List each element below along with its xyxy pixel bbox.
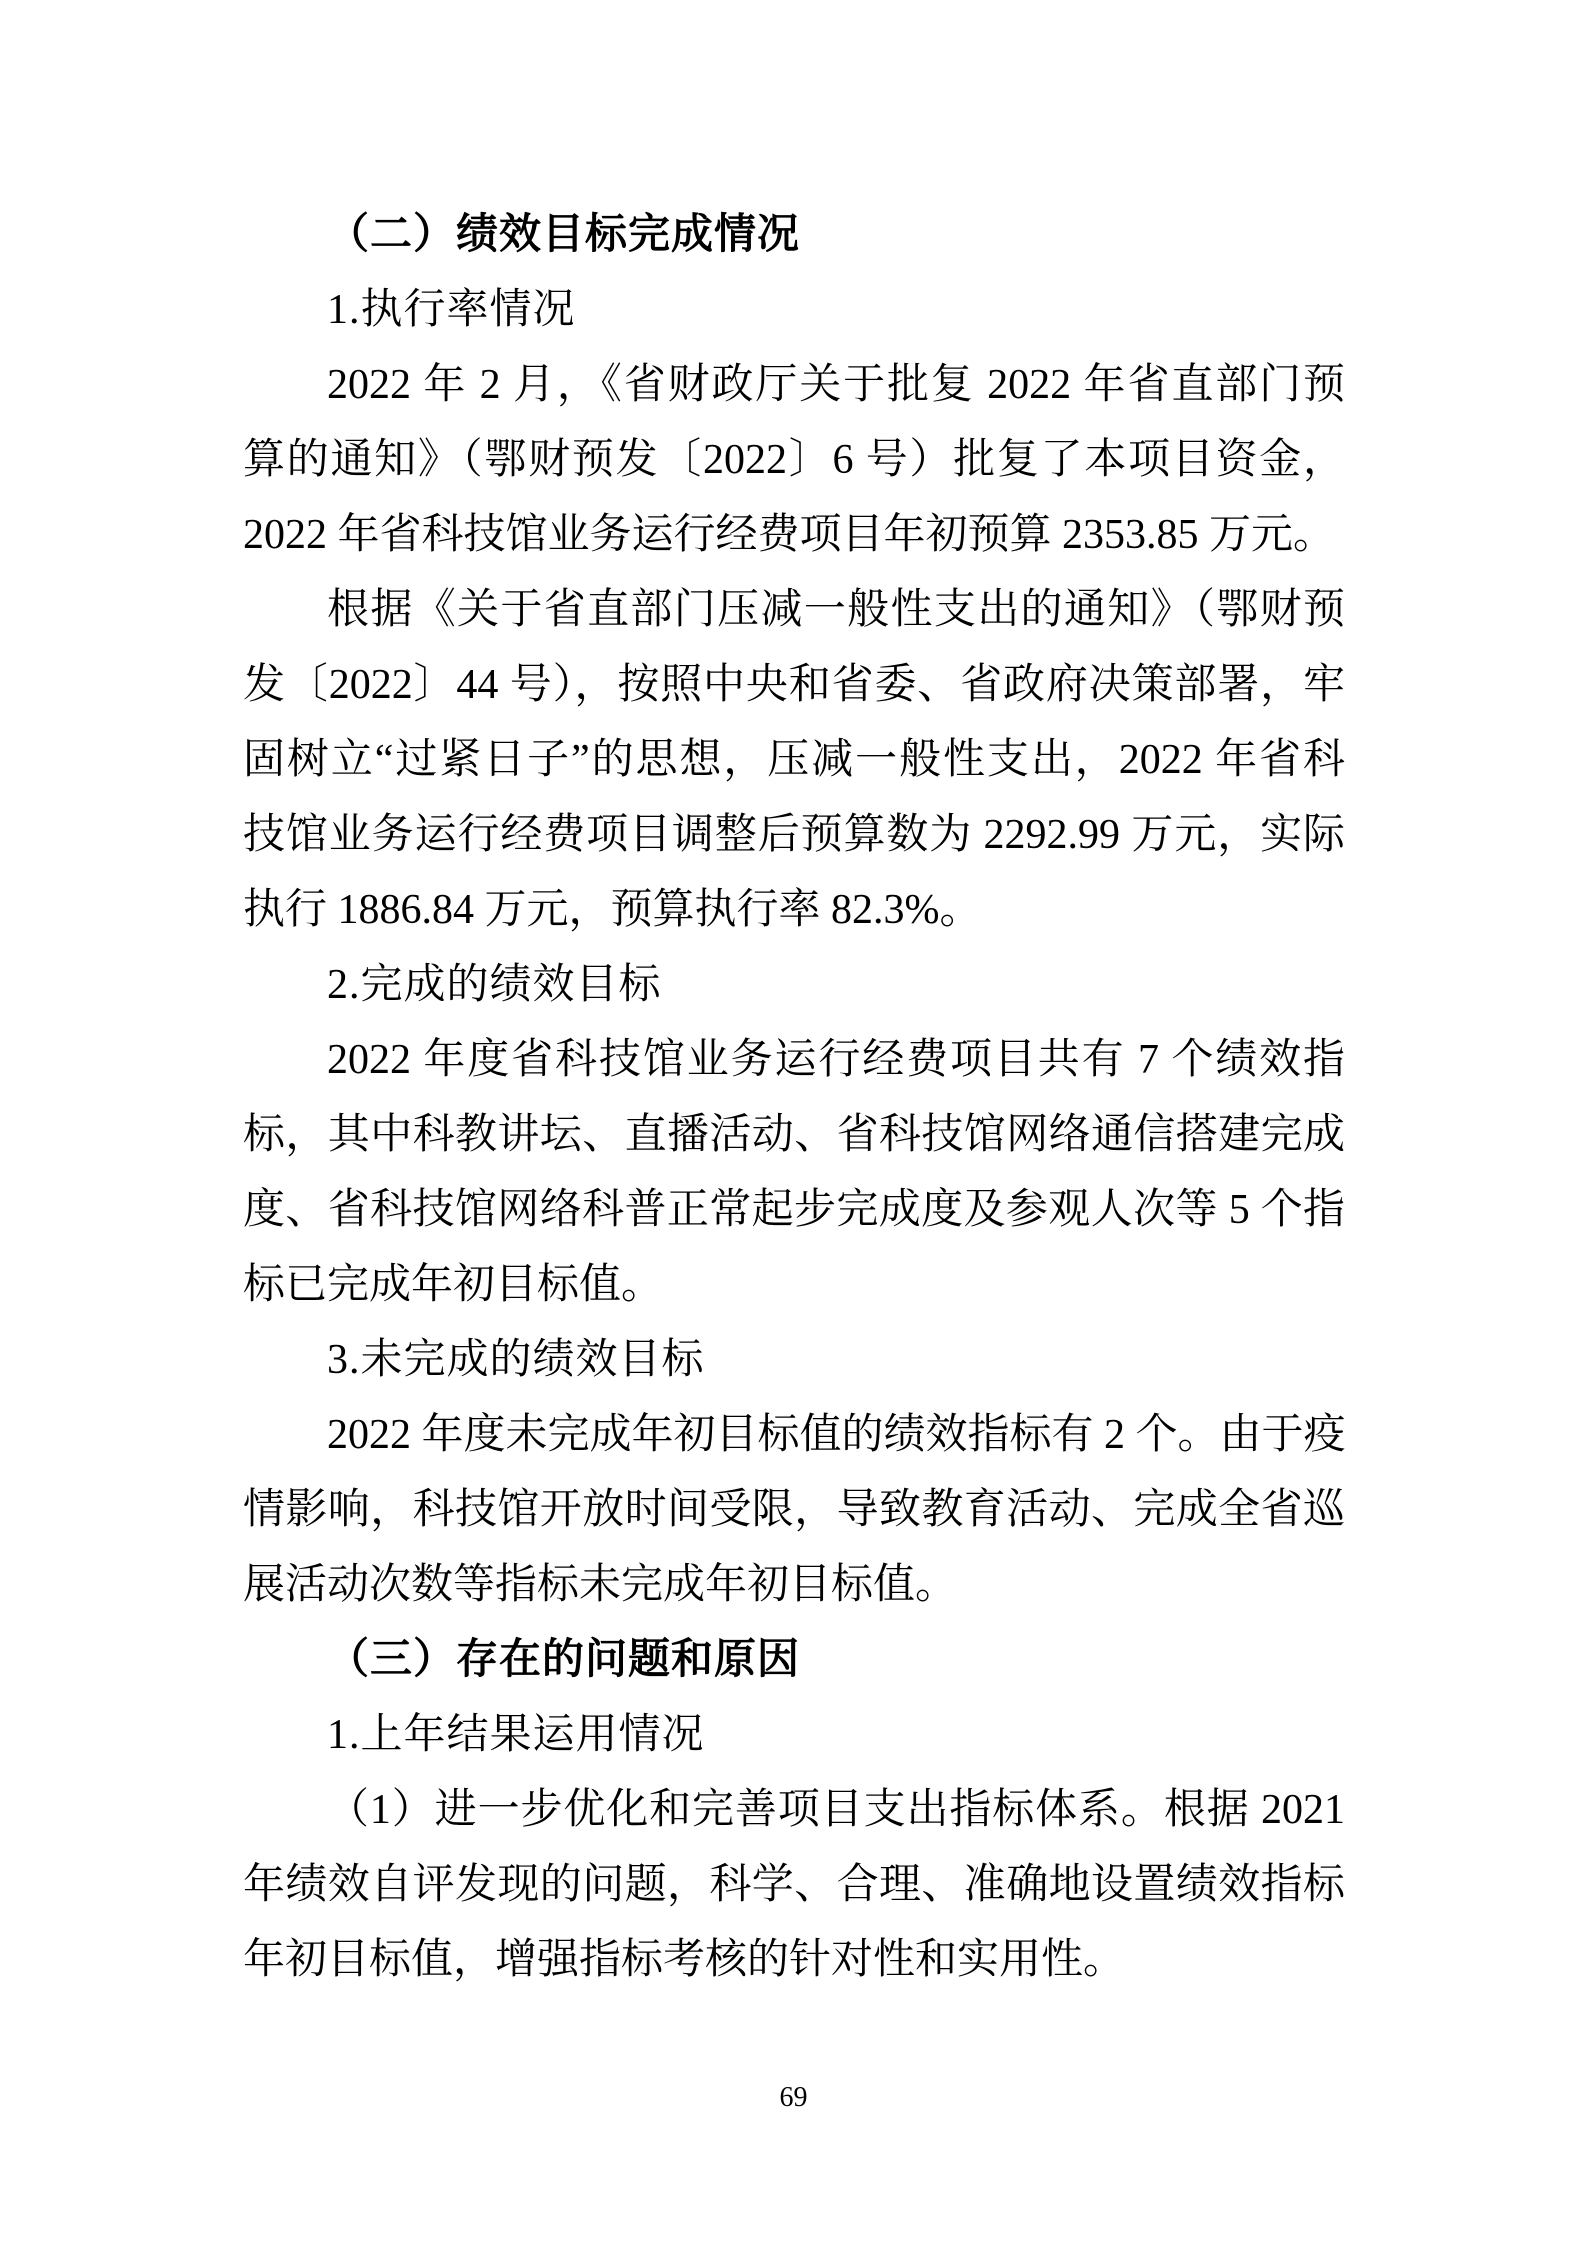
document-page: （二）绩效目标完成情况 1.执行率情况 2022 年 2 月，《省财政厅关于批复…	[0, 0, 1587, 2245]
page-number: 69	[0, 2082, 1587, 2114]
subsection-heading: 1.执行率情况	[243, 273, 1345, 348]
paragraph-line: 年绩效自评发现的问题，科学、合理、准确地设置绩效指标	[243, 1848, 1345, 1923]
paragraph-line: 技馆业务运行经费项目调整后预算数为 2292.99 万元，实际	[243, 798, 1345, 873]
paragraph-line: 执行 1886.84 万元，预算执行率 82.3%。	[243, 873, 1345, 948]
paragraph-line: 2022 年省科技馆业务运行经费项目年初预算 2353.85 万元。	[243, 498, 1345, 573]
paragraph-line: 年初目标值，增强指标考核的针对性和实用性。	[243, 1923, 1345, 1998]
section-heading: （二）绩效目标完成情况	[243, 198, 1345, 273]
paragraph-line: 2022 年度未完成年初目标值的绩效指标有 2 个。由于疫	[243, 1398, 1345, 1473]
paragraph-line: 情影响，科技馆开放时间受限，导致教育活动、完成全省巡	[243, 1473, 1345, 1548]
paragraph-line: 标已完成年初目标值。	[243, 1248, 1345, 1323]
paragraph-line: 标，其中科教讲坛、直播活动、省科技馆网络通信搭建完成	[243, 1098, 1345, 1173]
document-body: （二）绩效目标完成情况 1.执行率情况 2022 年 2 月，《省财政厅关于批复…	[243, 198, 1345, 1998]
section-heading: （三）存在的问题和原因	[243, 1623, 1345, 1698]
paragraph-line: 展活动次数等指标未完成年初目标值。	[243, 1548, 1345, 1623]
paragraph-line: 根据《关于省直部门压减一般性支出的通知》（鄂财预	[243, 573, 1345, 648]
paragraph-line: 固树立“过紧日子”的思想，压减一般性支出，2022 年省科	[243, 723, 1345, 798]
subsection-heading: 1.上年结果运用情况	[243, 1698, 1345, 1773]
paragraph-line: 算的通知》（鄂财预发〔2022〕6 号）批复了本项目资金，	[243, 423, 1345, 498]
paragraph-line: 度、省科技馆网络科普正常起步完成度及参观人次等 5 个指	[243, 1173, 1345, 1248]
paragraph-line: 2022 年度省科技馆业务运行经费项目共有 7 个绩效指	[243, 1023, 1345, 1098]
subsection-heading: 3.未完成的绩效目标	[243, 1323, 1345, 1398]
paragraph-line: 发〔2022〕44 号），按照中央和省委、省政府决策部署，牢	[243, 648, 1345, 723]
paragraph-line: 2022 年 2 月，《省财政厅关于批复 2022 年省直部门预	[243, 348, 1345, 423]
paragraph-line: （1）进一步优化和完善项目支出指标体系。根据 2021	[243, 1773, 1345, 1848]
subsection-heading: 2.完成的绩效目标	[243, 948, 1345, 1023]
